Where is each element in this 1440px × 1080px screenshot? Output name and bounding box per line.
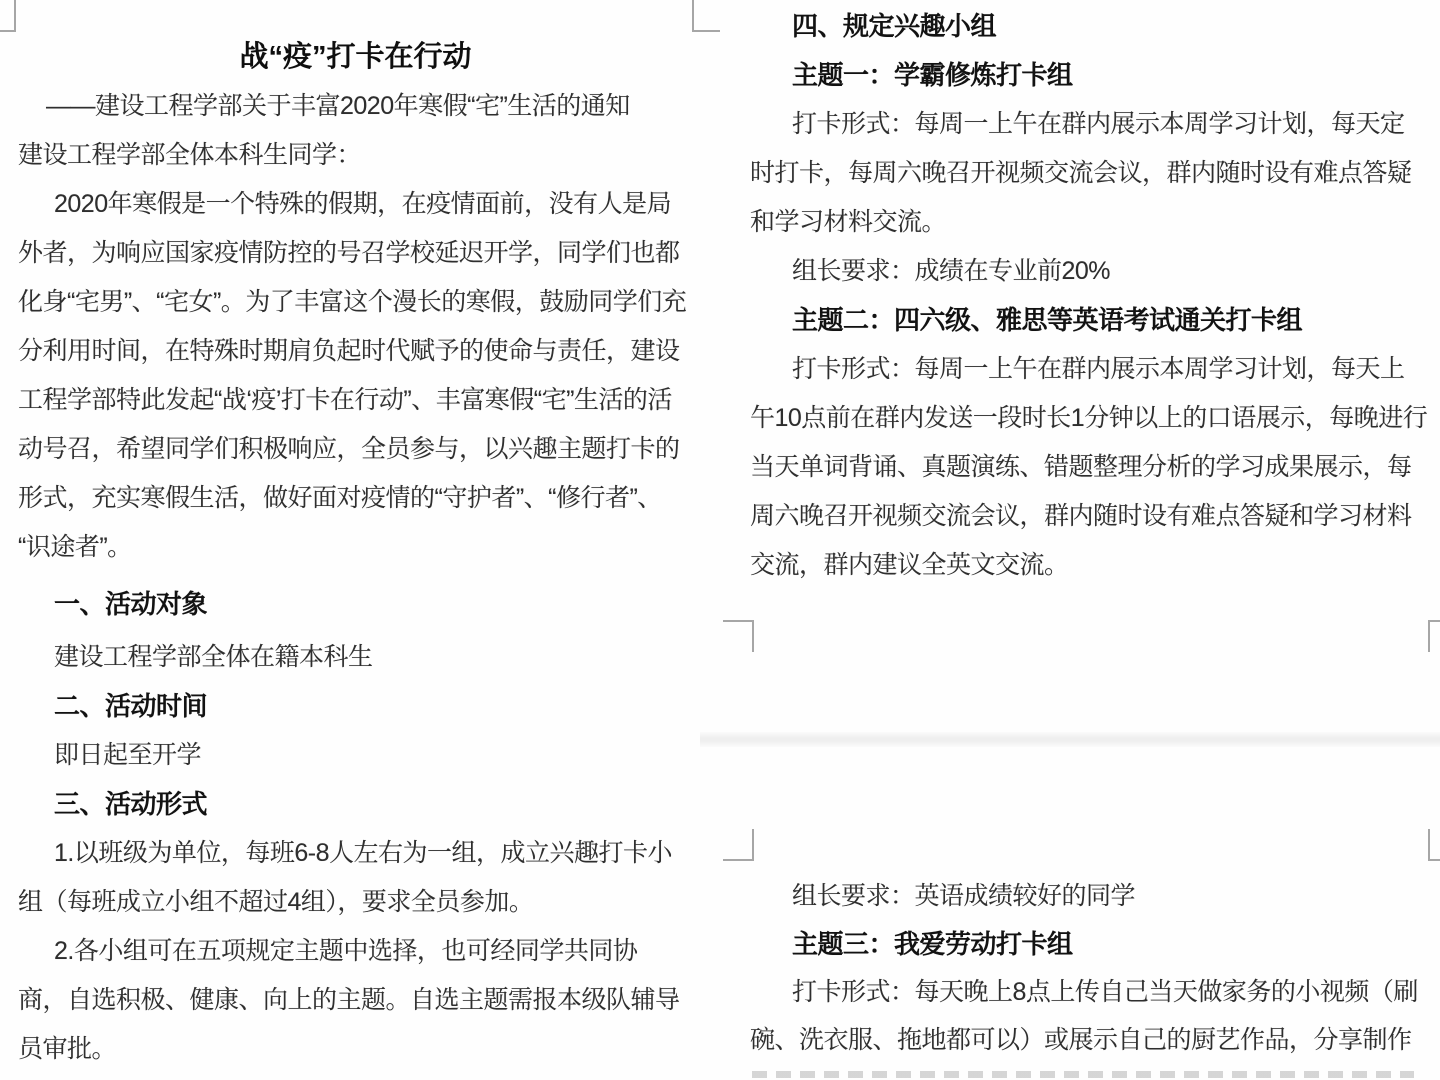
margin-corner-mark (723, 620, 754, 652)
doc-line: 和学习材料交流。 (750, 198, 1440, 247)
doc-line: 建设工程学部全体本科生同学： (18, 131, 693, 180)
doc-line: 打卡形式：每周一上午在群内展示本周学习计划，每天定 (750, 100, 1440, 149)
doc-line: 交流，群内建议全英文交流。 (750, 541, 1440, 590)
doc-line: 时打卡，每周六晚召开视频交流会议，群内随时设有难点答疑 (750, 149, 1440, 198)
doc-line: 组（每班成立小组不超过4组），要求全员参加。 (18, 878, 693, 927)
document-canvas[interactable]: 战“疫”打卡在行动——建设工程学部关于丰富2020年寒假“宅”生活的通知建设工程… (0, 0, 1440, 1080)
doc-line: 外者，为响应国家疫情防控的号召学校延迟开学，同学们也都 (18, 229, 693, 278)
doc-line: 2020年寒假是一个特殊的假期，在疫情面前，没有人是局 (18, 180, 693, 229)
section-heading: 四、规定兴趣小组 (750, 2, 1440, 51)
doc-line: 碗、洗衣服、拖地都可以）或展示自己的厨艺作品，分享制作 (750, 1016, 1440, 1064)
page-right-column-upper[interactable]: 四、规定兴趣小组主题一：学霸修炼打卡组打卡形式：每周一上午在群内展示本周学习计划… (750, 2, 1440, 590)
doc-line: 打卡形式：每天晚上8点上传自己当天做家务的小视频（刷 (750, 968, 1440, 1016)
doc-line: 形式，充实寒假生活，做好面对疫情的“守护者”、“修行者”、 (18, 474, 693, 523)
doc-line: 打卡形式：每周一上午在群内展示本周学习计划，每天上 (750, 345, 1440, 394)
doc-line: 员审批。 (18, 1025, 693, 1074)
doc-line: 组长要求：英语成绩较好的同学 (750, 872, 1440, 920)
doc-line: 2.各小组可在五项规定主题中选择，也可经同学共同协 (18, 927, 693, 976)
margin-corner-mark (723, 829, 754, 861)
page-left-column[interactable]: 战“疫”打卡在行动——建设工程学部关于丰富2020年寒假“宅”生活的通知建设工程… (18, 33, 693, 1074)
doc-line: 工程学部特此发起“战‘疫’打卡在行动”、丰富寒假“宅”生活的活 (18, 376, 693, 425)
section-heading: 主题三：我爱劳动打卡组 (750, 920, 1440, 968)
section-heading: 二、活动时间 (18, 682, 693, 731)
doc-line: 动号召，希望同学们积极响应，全员参与，以兴趣主题打卡的 (18, 425, 693, 474)
doc-line: 分利用时间，在特殊时期肩负起时代赋予的使命与责任，建设 (18, 327, 693, 376)
doc-line: 商，自选积极、健康、向上的主题。自选主题需报本级队辅导 (18, 976, 693, 1025)
doc-line: 当天单词背诵、真题演练、错题整理分析的学习成果展示，每 (750, 443, 1440, 492)
section-heading: 三、活动形式 (18, 780, 693, 829)
margin-corner-mark (692, 0, 720, 32)
section-heading: 一、活动对象 (18, 580, 693, 629)
clipped-text-line (752, 1071, 1414, 1078)
margin-corner-mark (1428, 620, 1440, 652)
doc-line: 组长要求：成绩在专业前20% (750, 247, 1440, 296)
section-heading: 主题一：学霸修炼打卡组 (750, 51, 1440, 100)
doc-line: 即日起至开学 (18, 731, 693, 780)
doc-line: 周六晚召开视频交流会议，群内随时设有难点答疑和学习材料 (750, 492, 1440, 541)
doc-line: 建设工程学部全体在籍本科生 (18, 633, 693, 682)
margin-corner-mark (0, 0, 16, 32)
doc-line: 化身“宅男”、“宅女”。为了丰富这个漫长的寒假，鼓励同学们充 (18, 278, 693, 327)
page-separator (700, 732, 1440, 747)
section-heading: 主题二：四六级、雅思等英语考试通关打卡组 (750, 296, 1440, 345)
doc-line: “识途者”。 (18, 523, 693, 572)
doc-title: 战“疫”打卡在行动 (18, 33, 693, 82)
doc-line: 午10点前在群内发送一段时长1分钟以上的口语展示，每晚进行 (750, 394, 1440, 443)
doc-line: ——建设工程学部关于丰富2020年寒假“宅”生活的通知 (18, 82, 693, 131)
page-right-column-lower[interactable]: 组长要求：英语成绩较好的同学主题三：我爱劳动打卡组打卡形式：每天晚上8点上传自己… (750, 872, 1440, 1064)
margin-corner-mark (1428, 829, 1440, 861)
doc-line: 1.以班级为单位，每班6-8人左右为一组，成立兴趣打卡小 (18, 829, 693, 878)
